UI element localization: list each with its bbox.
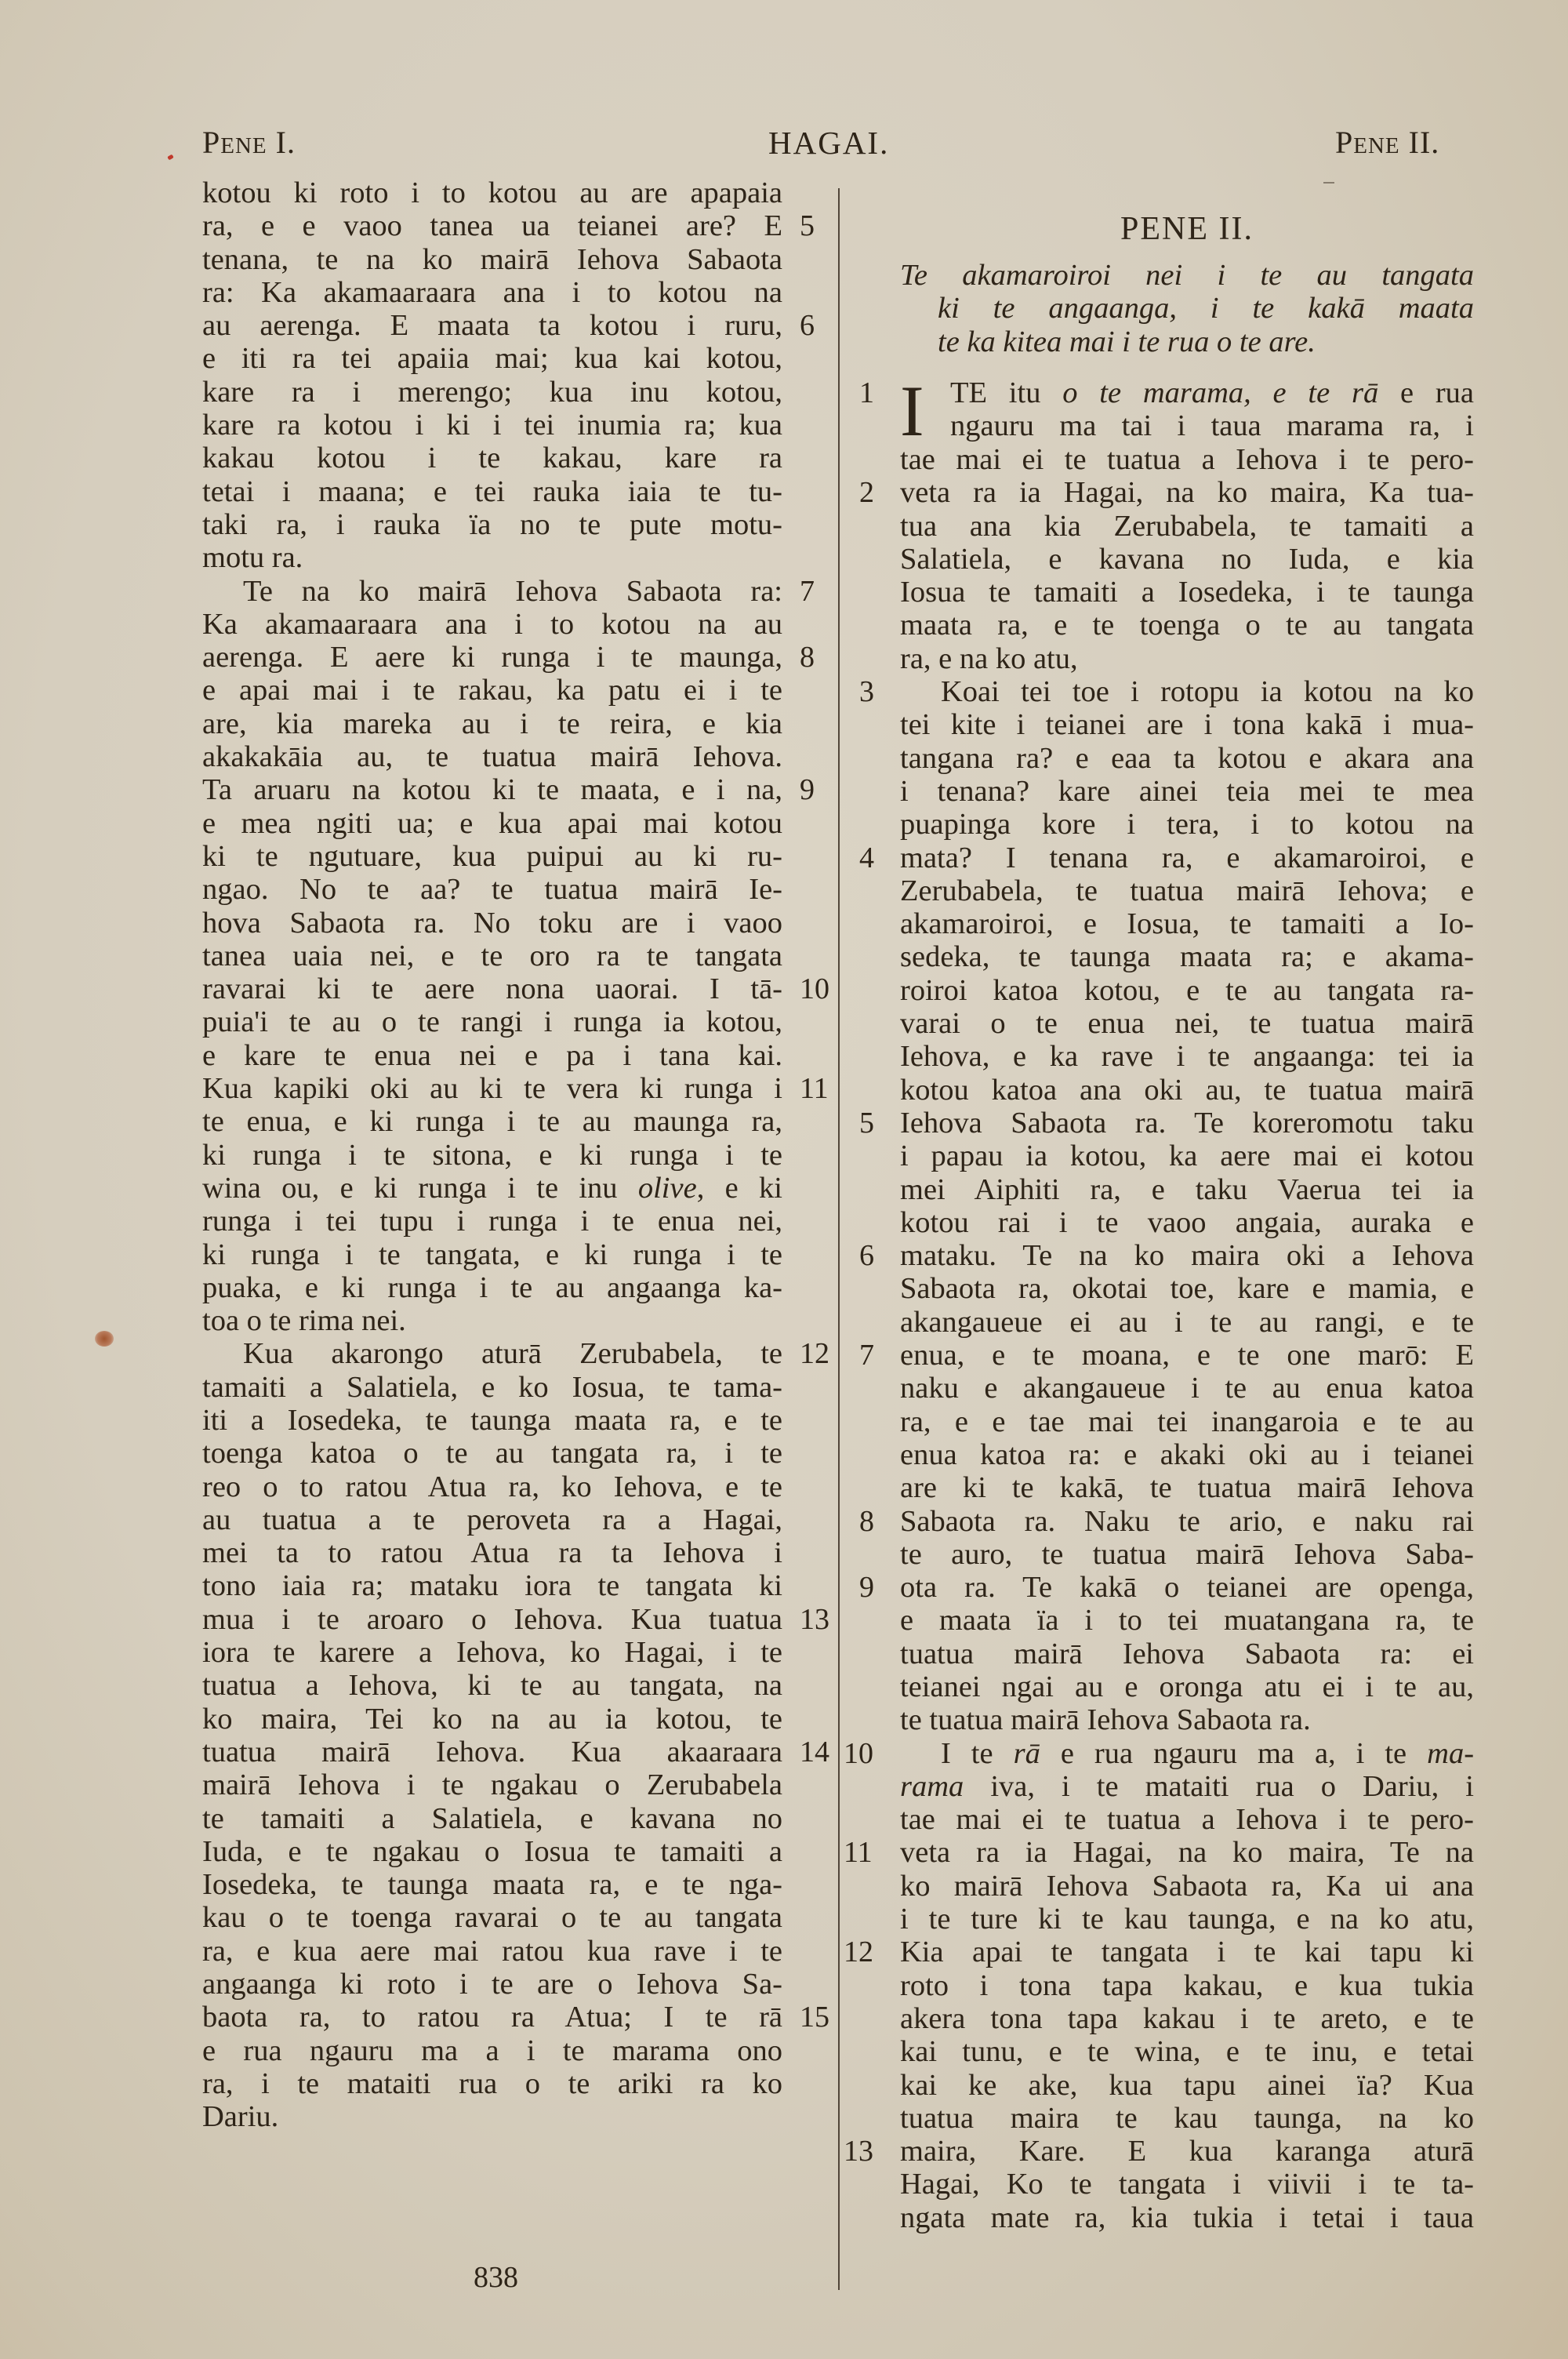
- verse-number: 8: [859, 1505, 874, 1538]
- text-line: toenga katoa o te au tangata ra, i te: [202, 1437, 782, 1470]
- text-line: Salatiela, e kavana no Iuda, e kia: [900, 543, 1474, 576]
- text-line: Koai tei toe i rotopu ia kotou na ko3: [900, 675, 1474, 708]
- verse-1-block: 1 I TE itu o te marama, e te rā e rua ng…: [900, 376, 1474, 443]
- text-line: ravarai ki te aere nona uaorai. I tā-10: [202, 972, 782, 1005]
- verse-number: 1: [859, 376, 874, 409]
- text-line: e rua ngauru ma a i te marama ono: [202, 2034, 782, 2067]
- text-line: roiroi katoa kotou, e te au tangata ra-: [900, 974, 1474, 1007]
- text-line: mataku. Te na ko maira oki a Iehova6: [900, 1239, 1474, 1272]
- text-line: ra, i te mataiti rua o te ariki ra ko: [202, 2067, 782, 2100]
- text-line: ngao. No te aa? te tuatua mairā Ie-: [202, 873, 782, 906]
- text-line: tono iaia ra; mataku iora te tangata ki: [202, 1569, 782, 1602]
- text-line: ra: Ka akamaaraara ana i to kotou na: [202, 276, 782, 309]
- text-line: wina ou, e ki runga i te inu olive, e ki: [202, 1172, 782, 1205]
- text-line: teianei ngai au e oronga atu ei i te au,: [900, 1670, 1474, 1703]
- text-line: 1 I TE itu o te marama, e te rā e rua: [900, 376, 1474, 409]
- text-line: Kia apai te tangata i te kai tapu ki12: [900, 1936, 1474, 1968]
- verse-number: 7: [800, 575, 815, 608]
- verse-number: 14: [800, 1736, 829, 1768]
- text-line: mairā Iehova i te ngakau o Zerubabela: [202, 1768, 782, 1801]
- text-line: e kare te enua nei e pa i tana kai.: [202, 1039, 782, 1072]
- text-line: puapinga kore i tera, i to kotou na: [900, 808, 1474, 841]
- text-line: tae mai ei te tuatua a Iehova i te pero-: [900, 443, 1474, 476]
- text-line: hova Sabaota ra. No toku are i vaoo: [202, 907, 782, 940]
- text-line: Iosua te tamaiti a Iosedeka, i te taunga: [900, 576, 1474, 609]
- text-line: Dariu.: [202, 2100, 782, 2133]
- foxing-stain-mark: [95, 1331, 114, 1347]
- text-line: puaka, e ki runga i te au angaanga ka-: [202, 1271, 782, 1304]
- verse-number: 10: [800, 972, 829, 1005]
- running-header: PENE I. HAGAI. PENE II.: [0, 124, 1568, 171]
- text-line: Iehova, e ka rave i te angaanga: tei ia: [900, 1040, 1474, 1073]
- text-line: toa o te rima nei.: [202, 1304, 782, 1337]
- text-line: e apai mai i te rakau, ka patu ei i te: [202, 674, 782, 707]
- text-line: tanea uaia nei, e te oro ra te tangata: [202, 940, 782, 972]
- text-line: ngauru ma tai i taua marama ra, i: [900, 409, 1474, 442]
- text-line: akangaueue ei au i te au rangi, e te: [900, 1306, 1474, 1339]
- column-divider-rule: [838, 188, 840, 2290]
- verse-number: 15: [800, 2001, 829, 2034]
- verse-number: 7: [859, 1339, 874, 1372]
- text-line: ra, e e tae mai tei inangaroia e te au: [900, 1405, 1474, 1438]
- text-line: naku e akangaueue i te au enua katoa: [900, 1372, 1474, 1405]
- text-line: Kua kapiki oki au ki te vera ki runga i1…: [202, 1072, 782, 1105]
- text-line: iti a Iosedeka, te taunga maata ra, e te: [202, 1404, 782, 1437]
- text-line: angaanga ki roto i te are o Iehova Sa-: [202, 1968, 782, 2001]
- verse-number: 13: [844, 2135, 873, 2168]
- summary-line: Te akamaroiroi nei i te au tangata: [900, 259, 1474, 292]
- text-line: i tenana? kare ainei teia mei te mea: [900, 775, 1474, 808]
- text-line: runga i tei tupu i runga i te enua nei,: [202, 1205, 782, 1238]
- verse-number: 12: [844, 1936, 873, 1968]
- verse-number: 2: [859, 476, 874, 509]
- text-line: varai o te enua nei, te tuatua mairā: [900, 1007, 1474, 1040]
- text-line: kai ke ake, kua tapu ainei ïa? Kua: [900, 2069, 1474, 2102]
- text-line: au aerenga. E maata ta kotou i ruru,6: [202, 309, 782, 342]
- text-line: tamaiti a Salatiela, e ko Iosua, te tama…: [202, 1371, 782, 1404]
- page-number: 838: [474, 2260, 518, 2295]
- text-line: akera tona tapa kakau i te areto, e te: [900, 2002, 1474, 2035]
- text-line: te tamaiti a Salatiela, e kavana no: [202, 1802, 782, 1835]
- text-line: veta ra ia Hagai, na ko maira, Te na11: [900, 1836, 1474, 1869]
- text-line: mata? I tenana ra, e akamaroiroi, e4: [900, 841, 1474, 874]
- text-line: tangana ra? e eaa ta kotou e akara ana: [900, 742, 1474, 775]
- summary-line: te ka kitea mai i te rua o te are.: [900, 325, 1474, 358]
- text-line: kare ra i merengo; kua inu kotou,: [202, 376, 782, 409]
- text-line: sedeka, te taunga maata ra; e akama-: [900, 940, 1474, 973]
- text-line: rama iva, i te mataiti rua o Dariu, i: [900, 1770, 1474, 1803]
- text-line: Iehova Sabaota ra. Te koreromotu taku5: [900, 1107, 1474, 1140]
- text-line: mua i te aroaro o Iehova. Kua tuatua13: [202, 1603, 782, 1636]
- text-line: tetai i maana; e tei rauka iaia te tu-: [202, 475, 782, 508]
- text-line: tuatua mairā Iehova Sabaota ra: ei: [900, 1637, 1474, 1670]
- text-line: Ta aruaru na kotou ki te maata, e i na,9: [202, 773, 782, 806]
- text-line: i te ture ki te kau taunga, e na ko atu,: [900, 1903, 1474, 1936]
- text-line: tenana, te na ko mairā Iehova Sabaota: [202, 243, 782, 276]
- text-line: kau o te toenga ravarai o te au tangata: [202, 1901, 782, 1934]
- text-line: reo o to ratou Atua ra, ko Iehova, e te: [202, 1470, 782, 1503]
- text-line: ota ra. Te kakā o teianei are openga,9: [900, 1571, 1474, 1604]
- text-line: ki runga i te sitona, e ki runga i te: [202, 1139, 782, 1172]
- text-line: are, kia mareka au i te reira, e kia: [202, 707, 782, 740]
- verse-number: 12: [800, 1337, 829, 1370]
- text-line: I te rā e rua ngauru ma a, i te ma-10: [900, 1737, 1474, 1770]
- verse-number: 3: [859, 675, 874, 708]
- right-text-column: tae mai ei te tuatua a Iehova i te pero-…: [900, 443, 1474, 2234]
- text-line: akamaroiroi, e Iosua, te tamaiti a Io-: [900, 907, 1474, 940]
- text-line: Hagai, Ko te tangata i viivii i te ta-: [900, 2168, 1474, 2201]
- verse-number: 11: [800, 1072, 829, 1105]
- text-line: tuatua maira te kau taunga, na ko: [900, 2102, 1474, 2135]
- text-line: ra, e na ko atu,: [900, 642, 1474, 675]
- chapter-summary: Te akamaroiroi nei i te au tangata ki te…: [900, 259, 1474, 358]
- text-line: e maata ïa i to tei muatangana ra, te: [900, 1604, 1474, 1637]
- text-line: maira, Kare. E kua karanga aturā13: [900, 2135, 1474, 2168]
- verse-number: 4: [859, 841, 874, 874]
- text-line: tuatua a Iehova, ki te au tangata, na: [202, 1669, 782, 1702]
- text-line: Sabaota ra. Naku te ario, e naku rai8: [900, 1505, 1474, 1538]
- text-line: mei Aiphiti ra, e taku Vaerua tei ia: [900, 1173, 1474, 1206]
- verse-number: 13: [800, 1603, 829, 1636]
- text-line: ra, e kua aere mai ratou kua rave i te: [202, 1935, 782, 1968]
- text-line: maata ra, e te toenga o te au tangata: [900, 609, 1474, 642]
- text-line: ki te ngutuare, kua puipui au ki ru-: [202, 840, 782, 873]
- text-line: aerenga. E aere ki runga i te maunga,8: [202, 641, 782, 674]
- text-line: enua katoa ra: e akaki oki au i teianei: [900, 1438, 1474, 1471]
- text-line: i papau ia kotou, ka aere mai ei kotou: [900, 1140, 1474, 1172]
- left-text-column: kotou ki roto i to kotou au are apapaiar…: [202, 176, 782, 2134]
- text-line: akakakāia au, te tuatua mairā Iehova.: [202, 740, 782, 773]
- text-line: tei kite i teianei are i tona kakā i mua…: [900, 708, 1474, 741]
- header-chapter-right: PENE II.: [1335, 124, 1439, 161]
- text-line: te enua, e ki runga i te au maunga ra,: [202, 1105, 782, 1138]
- text-line: motu ra.: [202, 541, 782, 574]
- text-line: roto i tona tapa kakau, e kua tukia: [900, 1969, 1474, 2002]
- text-line: e mea ngiti ua; e kua apai mai kotou: [202, 807, 782, 840]
- text-line: baota ra, to ratou ra Atua; I te rā15: [202, 2001, 782, 2034]
- verse-number: 5: [800, 209, 815, 242]
- text-line: Zerubabela, te tuatua mairā Iehova; e: [900, 874, 1474, 907]
- text-line: Kua akarongo aturā Zerubabela, te12: [202, 1337, 782, 1370]
- text-line: Sabaota ra, okotai toe, kare e mamia, e: [900, 1272, 1474, 1305]
- text-line: ngata mate ra, kia tukia i tetai i taua: [900, 2201, 1474, 2234]
- text-line: kakau kotou i te kakau, kare ra: [202, 442, 782, 474]
- text-line: Iuda, e te ngakau o Iosua te tamaiti a: [202, 1835, 782, 1868]
- text-line: ki runga i te tangata, e ki runga i te: [202, 1238, 782, 1271]
- text-line: tua ana kia Zerubabela, te tamaiti a: [900, 510, 1474, 543]
- verse-number: 6: [859, 1239, 874, 1272]
- verse-number: 10: [844, 1737, 873, 1770]
- text-line: tae mai ei te tuatua a Iehova i te pero-: [900, 1803, 1474, 1836]
- text-line: Te na ko mairā Iehova Sabaota ra:7: [202, 575, 782, 608]
- text-line: veta ra ia Hagai, na ko maira, Ka tua-2: [900, 476, 1474, 509]
- text-line: iora te karere a Iehova, ko Hagai, i te: [202, 1636, 782, 1669]
- text-line: kai tunu, e te wina, e te inu, e tetai: [900, 2035, 1474, 2068]
- text-line: Ka akamaaraara ana i to kotou na au: [202, 608, 782, 641]
- text-line: puia'i te au o te rangi i runga ia kotou…: [202, 1005, 782, 1038]
- text-line: mei ta to ratou Atua ra ta Iehova i: [202, 1536, 782, 1569]
- text-line: ko mairā Iehova Sabaota ra, Ka ui ana: [900, 1870, 1474, 1903]
- text-line: kotou katoa ana oki au, te tuatua mairā: [900, 1074, 1474, 1107]
- text-line: au tuatua a te peroveta ra a Hagai,: [202, 1503, 782, 1536]
- text-line: enua, e te moana, e te one marō: E7: [900, 1339, 1474, 1372]
- chapter-heading: PENE II.: [900, 210, 1474, 248]
- text-line: kare ra kotou i ki i tei inumia ra; kua: [202, 409, 782, 442]
- verse-number: 9: [859, 1571, 874, 1604]
- header-book-title: HAGAI.: [768, 124, 889, 162]
- verse-number: 8: [800, 641, 815, 674]
- text-line: e iti ra tei apaiia mai; kua kai kotou,: [202, 342, 782, 375]
- verse-number: 5: [859, 1107, 874, 1140]
- text-line: ra, e e vaoo tanea ua teianei are? E5: [202, 209, 782, 242]
- text-line: taki ra, i rauka ïa no te pute motu-: [202, 508, 782, 541]
- header-chapter-left: PENE I.: [202, 124, 296, 161]
- text-line: te auro, te tuatua mairā Iehova Saba-: [900, 1538, 1474, 1571]
- text-line: tuatua mairā Iehova. Kua akaaraara14: [202, 1736, 782, 1768]
- print-speck: [1323, 182, 1334, 184]
- text-line: ko maira, Tei ko na au ia kotou, te: [202, 1703, 782, 1736]
- text-line: kotou rai i te vaoo angaia, auraka e: [900, 1206, 1474, 1239]
- text-line: Iosedeka, te taunga maata ra, e te nga-: [202, 1868, 782, 1901]
- verse-number: 6: [800, 309, 815, 342]
- text-line: kotou ki roto i to kotou au are apapaia: [202, 176, 782, 209]
- summary-line: ki te angaanga, i te kakā maata: [900, 292, 1474, 325]
- text-line: are ki te kakā, te tuatua mairā Iehova: [900, 1471, 1474, 1504]
- verse-number: 9: [800, 773, 815, 806]
- text-line: te tuatua mairā Iehova Sabaota ra.: [900, 1703, 1474, 1736]
- verse-number: 11: [844, 1836, 873, 1869]
